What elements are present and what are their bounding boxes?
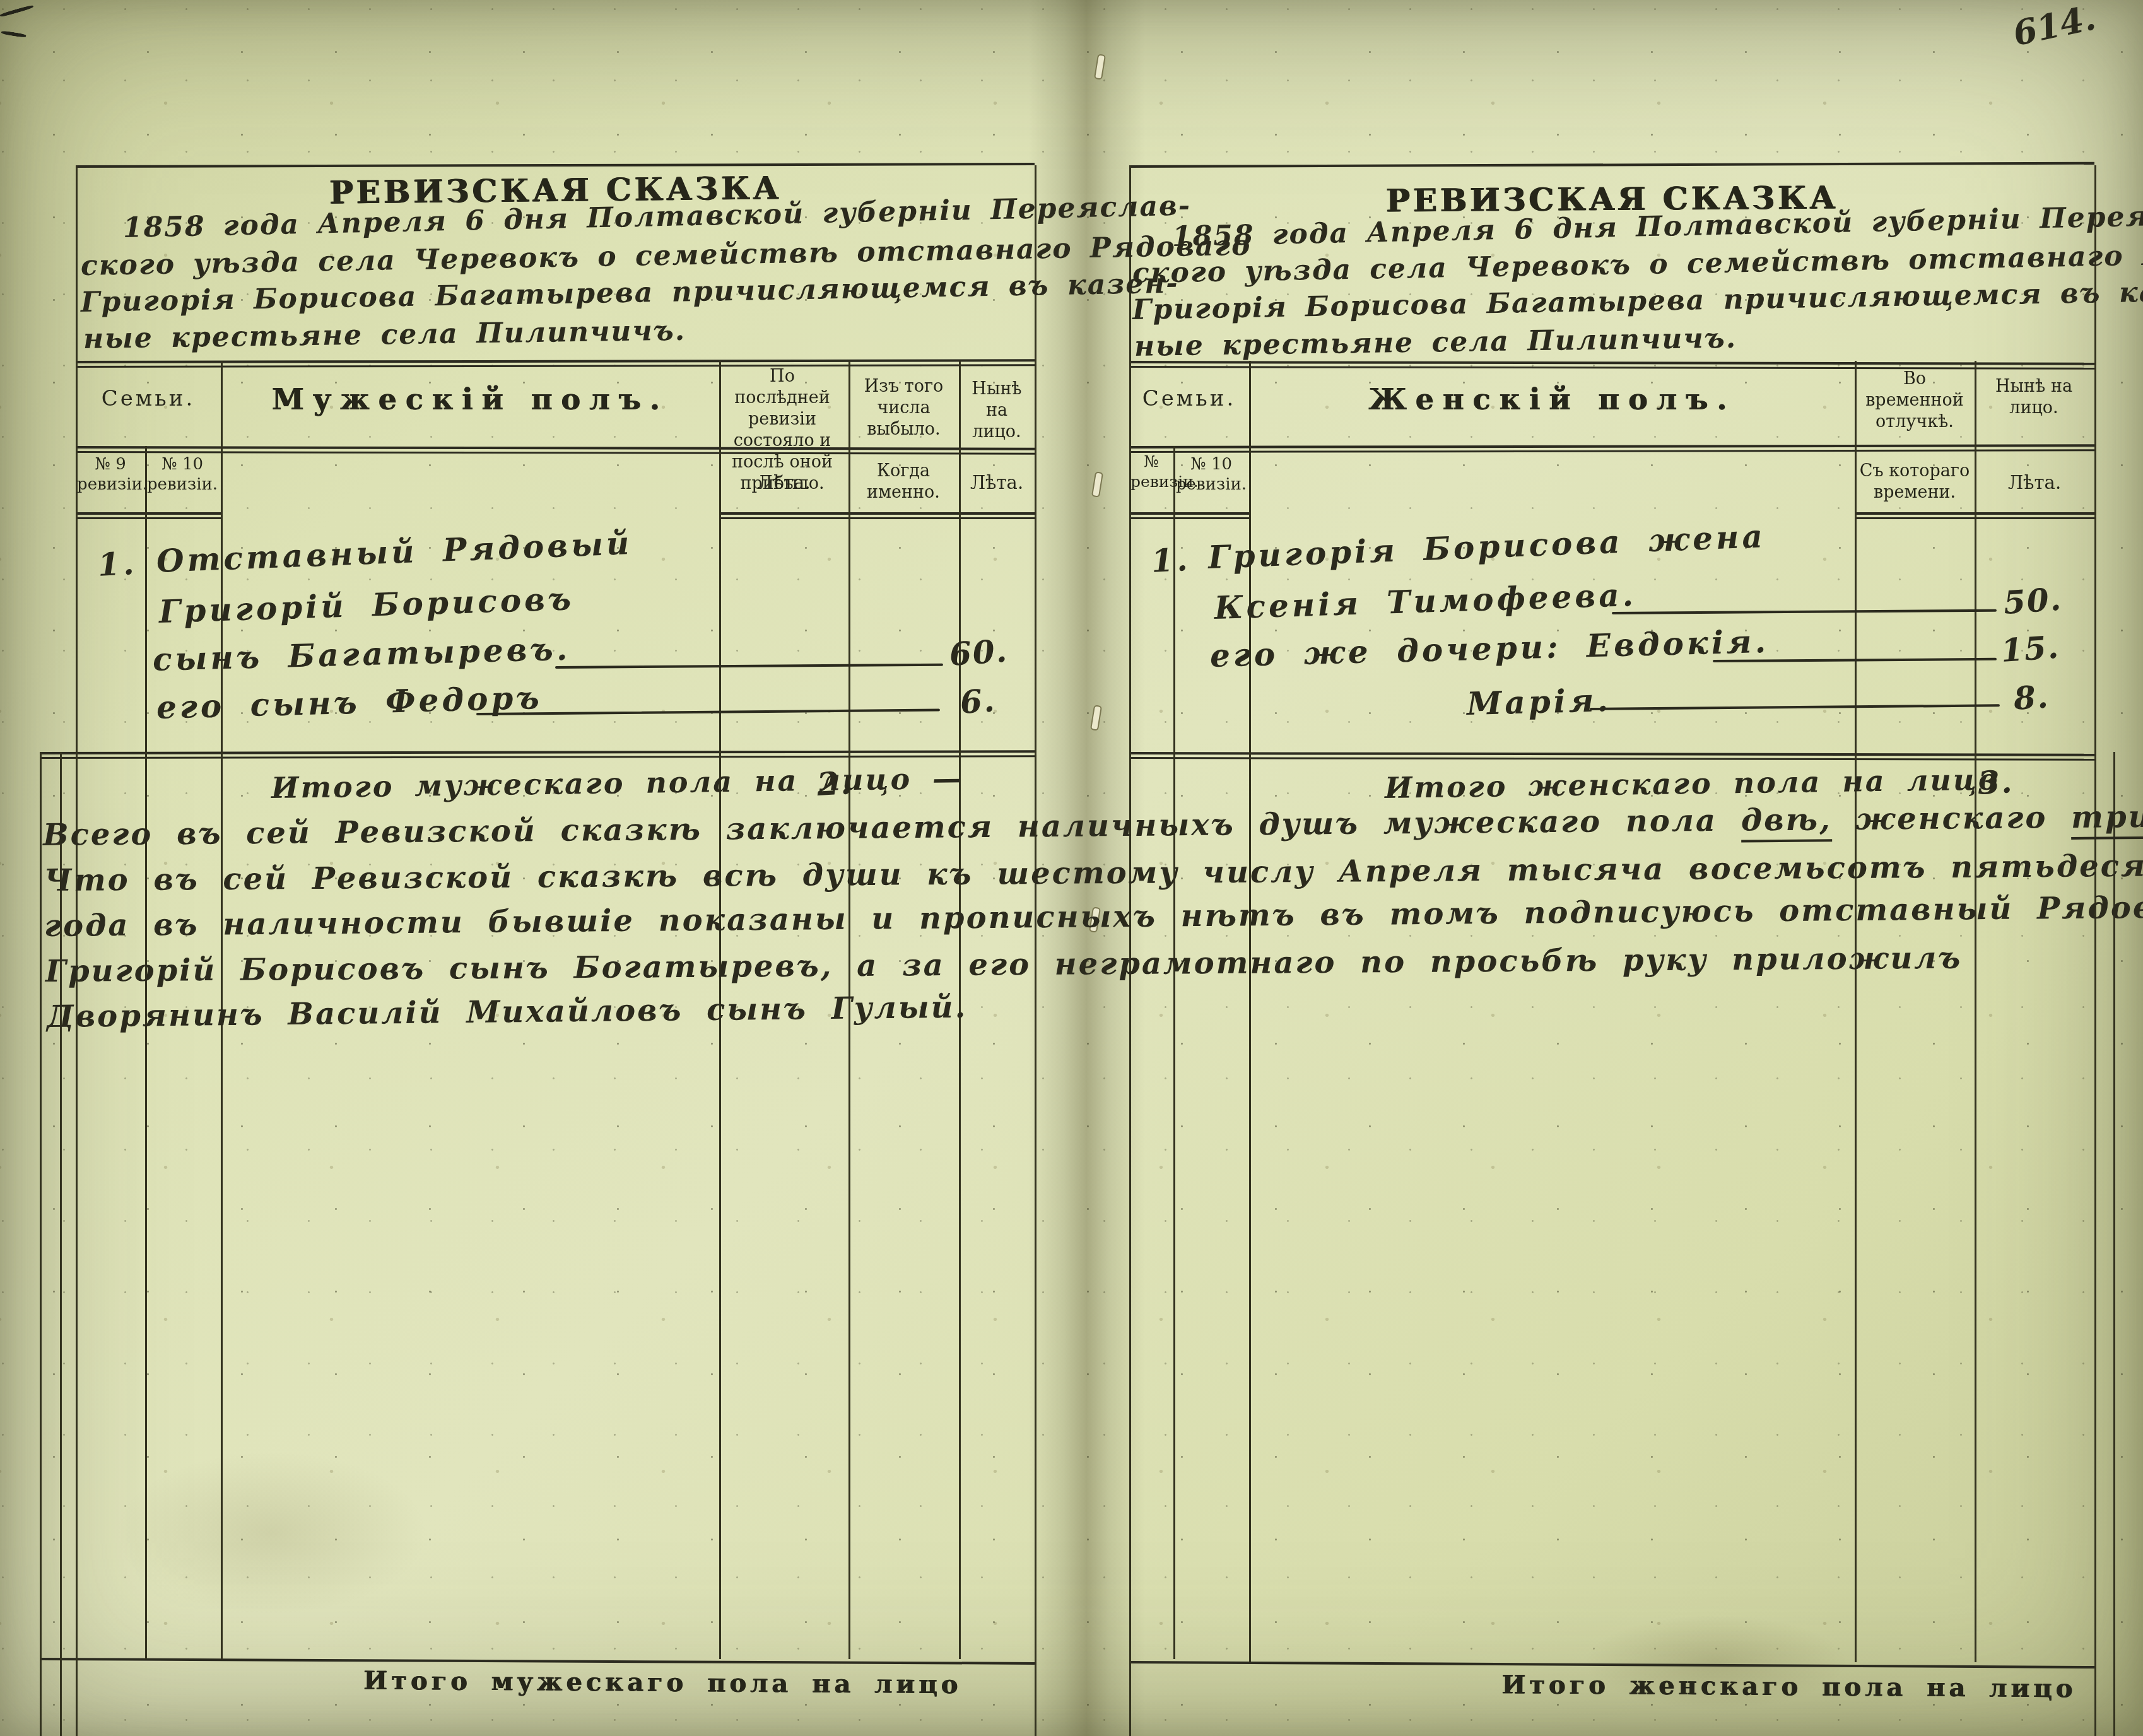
- right-entry-row-1: Григорія Борисова жена: [1207, 517, 1766, 576]
- right-frame-right: [2094, 165, 2096, 1736]
- margin-ink-scribble: [0, 4, 34, 18]
- left-header-top-rule: [76, 359, 1035, 368]
- right-footer-total-label: Итого женскаго пола на лицо: [1501, 1670, 2019, 1703]
- left-header-years-prev: Лѣта.: [719, 472, 848, 493]
- binding-stitch: [1094, 54, 1106, 80]
- left-subtotal-value: 2.: [816, 764, 853, 803]
- certification-line-2: Что въ сей Ревизской сказкѣ всѣ души къ …: [44, 847, 2143, 898]
- right-header-mid-rule: [1129, 444, 2094, 453]
- left-footer-total-label: Итого мужескаго пола на лицо: [353, 1666, 972, 1700]
- left-subtotal-label: Итого мужескаго пола на лицо —: [271, 761, 964, 805]
- right-table-top-border: [1129, 162, 2094, 168]
- right-header-present: Нынѣ на лицо.: [1977, 376, 2091, 419]
- right-entry-row-2: Ксенія Тимофеева.: [1214, 576, 1637, 626]
- certification-line-1-text: Всего въ сей Ревизской сказкѣ заключаетс…: [43, 803, 1741, 853]
- right-subtotal-label: Итого женскаго пола на лицо: [1385, 762, 2000, 805]
- left-entry-row-4-age: 6.: [959, 681, 997, 721]
- left-header-family: Семьи.: [76, 386, 221, 411]
- right-table-bottom-border: [1129, 1661, 2094, 1669]
- right-header-since-when: Съ котораго времени.: [1857, 460, 1972, 503]
- right-entry-row-2-age: 50.: [2002, 580, 2064, 621]
- certification-line-1-mid: женскаго: [1832, 800, 2072, 837]
- right-entry-row-3-age: 15.: [2000, 628, 2061, 669]
- left-header-when-exactly: Когда именно.: [850, 460, 956, 503]
- right-header-family: Семьи.: [1129, 386, 1249, 411]
- left-entry-row-4-dash: [476, 709, 940, 715]
- left-header-years-now: Лѣта.: [959, 472, 1035, 493]
- left-family-number: 1.: [97, 544, 138, 584]
- age-stain: [114, 1451, 429, 1615]
- left-entry-row-4: его сынъ Федоръ: [156, 679, 543, 726]
- left-entry-row-3-dash: [555, 664, 943, 669]
- certification-line-3: года въ наличности бывшіе показаны и про…: [44, 889, 2143, 944]
- left-table-bottom-border: [40, 1658, 1035, 1665]
- left-margin-line: [40, 752, 42, 1736]
- left-header-male-sex: Мужескій полъ.: [221, 382, 719, 416]
- right-entry-row-4: Марія.: [1466, 681, 1611, 722]
- left-subheader-bottom-rule: [76, 512, 221, 519]
- certification-females-count: три.: [2071, 799, 2143, 840]
- left-col-line: [145, 446, 147, 1659]
- left-header-departed: Изъ того числа выбыло.: [852, 376, 956, 440]
- scanned-revision-list-spread: 614. РЕВИЗСКАЯ СКАЗКА 1858 года Апреля 6…: [0, 0, 2143, 1736]
- certification-line-1: Всего въ сей Ревизской сказкѣ заключаетс…: [43, 799, 2143, 853]
- left-header-revision-10: № 10 ревизіи.: [146, 454, 218, 495]
- right-header-revision-9: № ревизіи.: [1130, 452, 1172, 492]
- page-number: 614.: [2009, 0, 2099, 54]
- right-col-line: [1975, 361, 1976, 1662]
- right-col-line: [1855, 361, 1857, 1662]
- binding-stitch: [1090, 705, 1102, 731]
- right-entry-row-3: его же дочери: Евдокія.: [1209, 623, 1769, 674]
- right-family-number: 1.: [1150, 541, 1191, 580]
- right-entry-row-4-age: 8.: [2012, 677, 2050, 717]
- left-table-top-border: [76, 163, 1035, 168]
- right-subtotal-value: 3.: [1976, 763, 2014, 802]
- right-entry-row-4-dash: [1590, 704, 2000, 710]
- right-header-years-now: Лѣта.: [1975, 472, 2094, 493]
- left-entry-row-3-age: 60.: [948, 632, 1009, 673]
- left-preamble-line-4: ные крестьяне села Пилипчичъ.: [83, 315, 686, 355]
- left-margin-line: [60, 752, 62, 1736]
- certification-line-4: Григорій Борисовъ сынъ Богатыревъ, а за …: [45, 941, 1963, 989]
- left-header-present: Нынѣ на лицо.: [961, 378, 1032, 443]
- certification-males-count: двѣ,: [1741, 802, 1833, 842]
- left-subheader-bottom-rule: [719, 512, 1035, 519]
- binding-stitch: [1091, 471, 1103, 498]
- left-entry-row-1: Отставный Рядовый: [156, 524, 633, 580]
- right-entry-row-2-dash: [1612, 609, 1997, 614]
- right-header-female-sex: Женскій полъ.: [1249, 382, 1855, 416]
- left-header-mid-rule: [76, 446, 1035, 455]
- right-preamble-line-4: ные крестьяне села Пилипчичъ.: [1134, 322, 1737, 363]
- right-entries-bottom-rule: [1129, 752, 2094, 761]
- right-subheader-bottom-rule: [1129, 512, 1249, 519]
- left-entry-row-3: сынъ Багатыревъ.: [152, 630, 571, 678]
- right-header-revision-10: № 10 ревизіи.: [1175, 454, 1248, 495]
- right-header-temporary-absence: Во временной отлучкѣ.: [1858, 368, 1971, 433]
- margin-ink-scribble: [1, 30, 26, 38]
- left-entries-bottom-rule: [40, 750, 1035, 759]
- right-col-line: [1173, 446, 1175, 1659]
- certification-line-5: Дворянинъ Василій Михайловъ сынъ Гулый.: [47, 990, 968, 1035]
- left-header-revision-9: № 9 ревизіи.: [77, 454, 144, 495]
